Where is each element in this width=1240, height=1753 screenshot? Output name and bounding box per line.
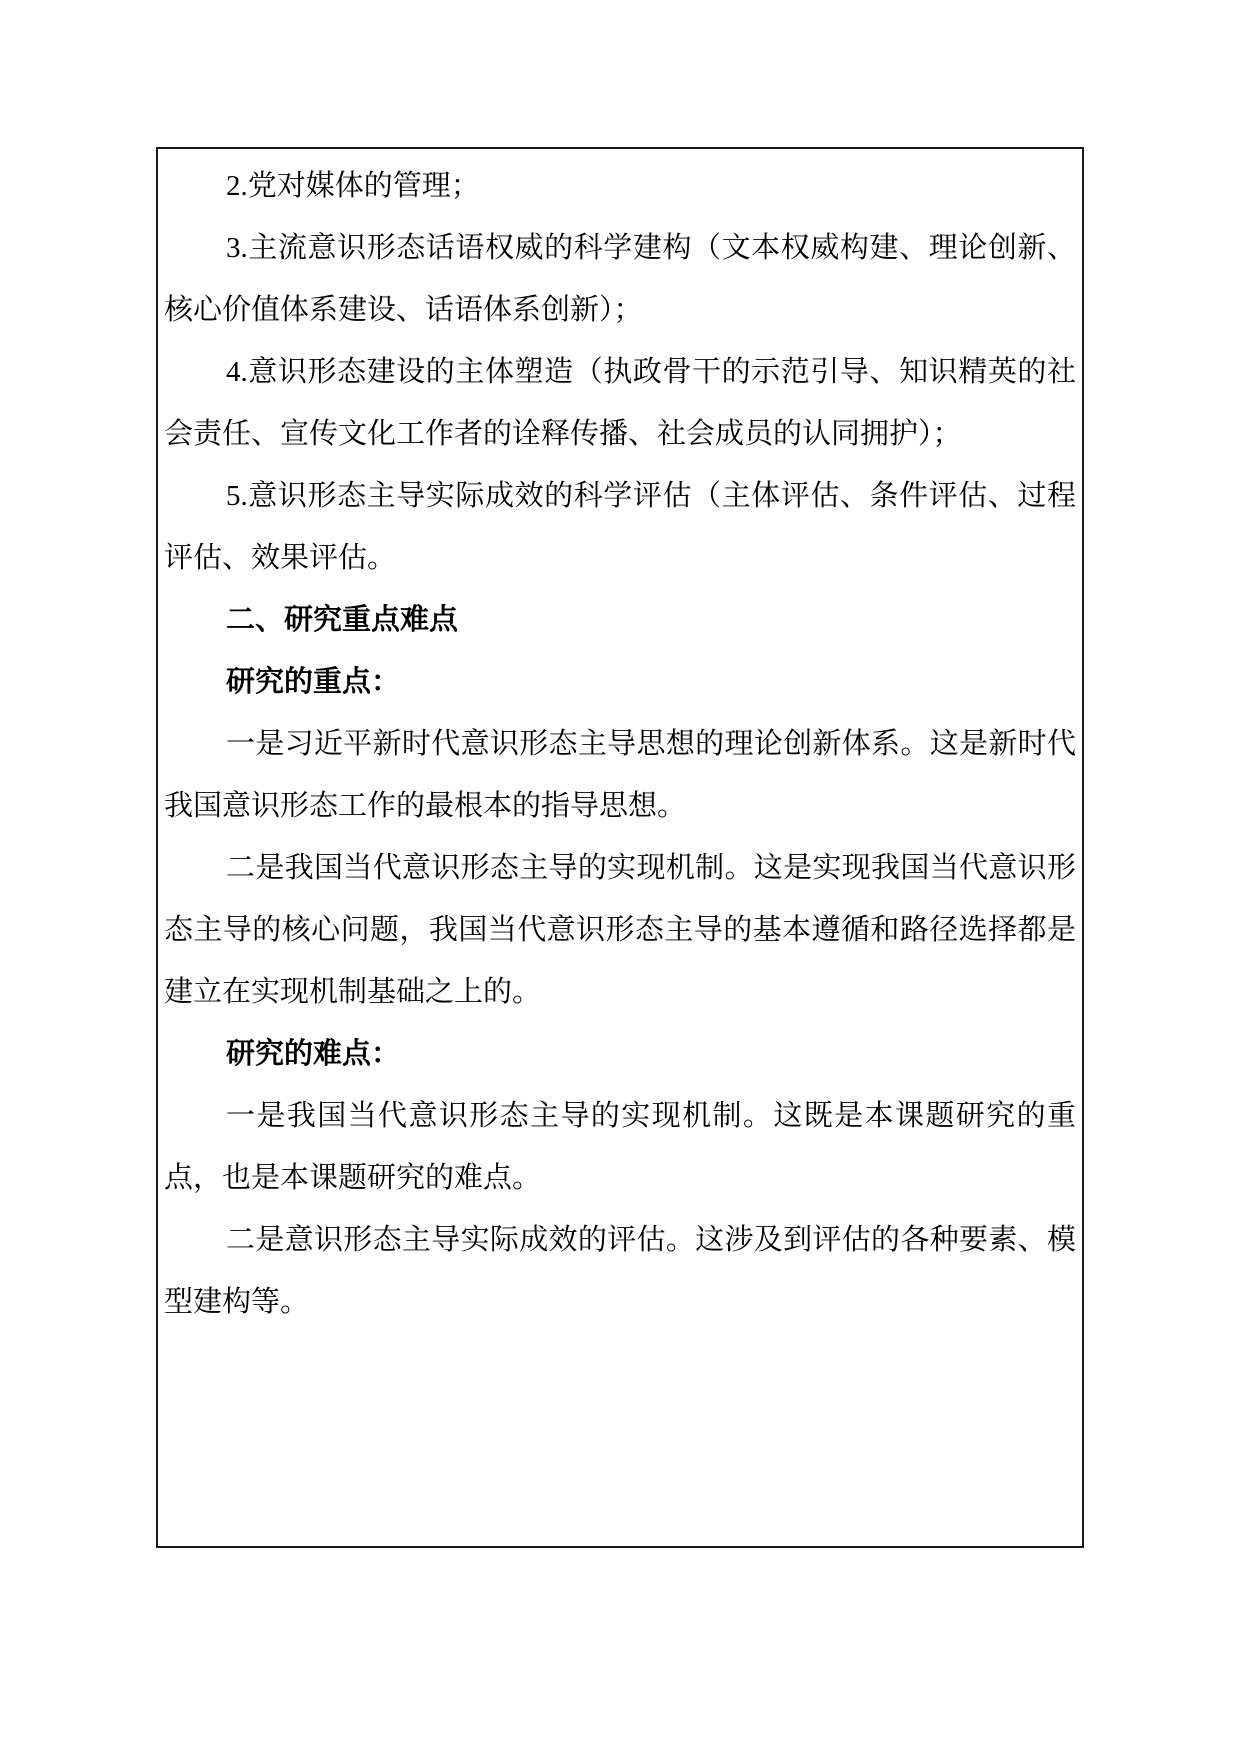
list-item-3-discourse-authority-construction: 3.主流意识形态话语权威的科学建构（文本权威构建、理论创新、核心价值体系建设、话… (164, 217, 1076, 341)
paragraph-difficult-point-2: 二是意识形态主导实际成效的评估。这涉及到评估的各种要素、模型建构等。 (164, 1209, 1076, 1333)
paragraph-key-point-1: 一是习近平新时代意识形态主导思想的理论创新体系。这是新时代我国意识形态工作的最根… (164, 713, 1076, 837)
paragraph-difficult-point-1: 一是我国当代意识形态主导的实现机制。这既是本课题研究的重点，也是本课题研究的难点… (164, 1085, 1076, 1209)
list-item-5-effect-evaluation: 5.意识形态主导实际成效的科学评估（主体评估、条件评估、过程评估、效果评估。 (164, 465, 1076, 589)
table-cell-border-box: 2.党对媒体的管理； 3.主流意识形态话语权威的科学建构（文本权威构建、理论创新… (156, 147, 1084, 1548)
section-heading-key-and-difficult-points: 二、研究重点难点 (164, 589, 1076, 651)
paragraph-key-point-2: 二是我国当代意识形态主导的实现机制。这是实现我国当代意识形态主导的核心问题，我国… (164, 837, 1076, 1023)
list-item-4-subject-shaping: 4.意识形态建设的主体塑造（执政骨干的示范引导、知识精英的社会责任、宣传文化工作… (164, 341, 1076, 465)
document-page: 2.党对媒体的管理； 3.主流意识形态话语权威的科学建构（文本权威构建、理论创新… (0, 0, 1240, 1753)
subheading-research-key-points: 研究的重点： (164, 651, 1076, 713)
list-item-2-party-media-management: 2.党对媒体的管理； (164, 155, 1076, 217)
subheading-research-difficult-points: 研究的难点： (164, 1023, 1076, 1085)
